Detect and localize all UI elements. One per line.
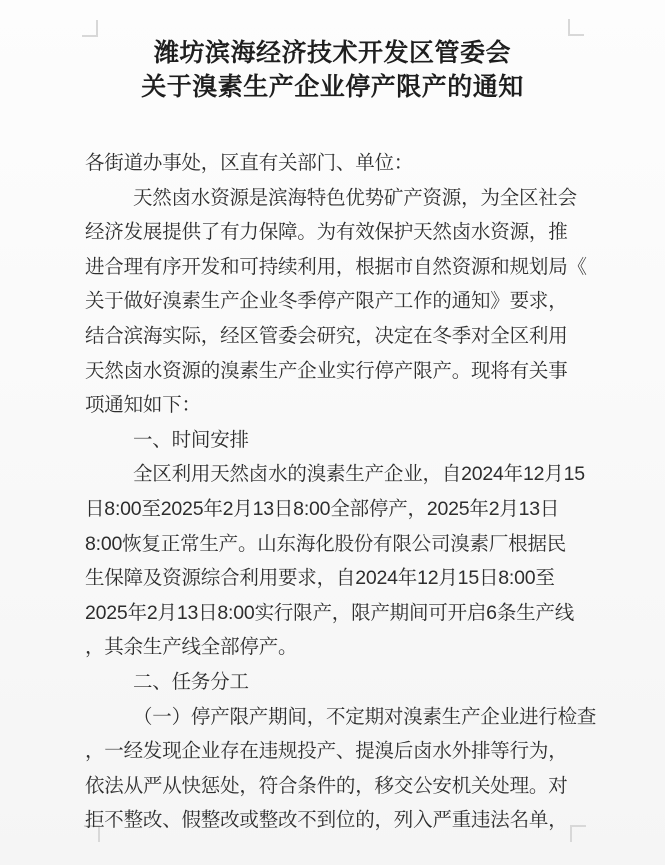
document-line: 二、任务分工 [85,665,595,700]
document-line: 8:00恢复正常生产。山东海化股份有限公司溴素厂根据民 [85,527,595,562]
document-line: 进合理有序开发和可持续利用，根据市自然资源和规划局《 [85,250,595,285]
document-line: 依法从严从快惩处，符合条件的，移交公安机关处理。对 [85,769,595,804]
document-line: 经济发展提供了有力保障。为有效保护天然卤水资源，推 [85,215,595,250]
document-line: （一）停产限产期间，不定期对溴素生产企业进行检查 [85,700,595,735]
document-line: 日8:00至2025年2月13日8:00全部停产，2025年2月13日 [85,492,595,527]
scan-corner-mark-top-right [568,19,584,36]
document-line: 天然卤水资源是滨海特色优势矿产资源，为全区社会 [85,181,595,216]
document-line: ，一经发现企业存在违规投产、提溴后卤水外排等行为， [85,734,595,769]
document-title-line-1: 潍坊滨海经济技术开发区管委会 [0,36,665,70]
document-line: 关于做好溴素生产企业冬季停产限产工作的通知》要求， [85,284,595,319]
document-line: 一、时间安排 [85,423,595,458]
document-page: 潍坊滨海经济技术开发区管委会 关于溴素生产企业停产限产的通知 各街道办事处，区直… [0,0,665,865]
document-line: 结合滨海实际，经区管委会研究，决定在冬季对全区利用 [85,319,595,354]
document-line: 2025年2月13日8:00实行限产，限产期间可开启6条生产线 [85,596,595,631]
document-line: 各街道办事处，区直有关部门、单位： [85,146,595,181]
document-line: 拒不整改、假整改或整改不到位的，列入严重违法名单， [85,803,595,838]
document-line: 全区利用天然卤水的溴素生产企业，自2024年12月15 [85,457,595,492]
document-line: 天然卤水资源的溴素生产企业实行停产限产。现将有关事 [85,354,595,389]
document-line: ，其余生产线全部停产。 [85,630,595,665]
scan-corner-mark-top-left [82,20,98,37]
document-line: 生保障及资源综合利用要求，自2024年12月15日8:00至 [85,561,595,596]
document-body: 各街道办事处，区直有关部门、单位：天然卤水资源是滨海特色优势矿产资源，为全区社会… [85,146,595,838]
document-line: 项通知如下： [85,388,595,423]
document-title: 潍坊滨海经济技术开发区管委会 关于溴素生产企业停产限产的通知 [0,36,665,104]
document-title-line-2: 关于溴素生产企业停产限产的通知 [0,70,665,104]
